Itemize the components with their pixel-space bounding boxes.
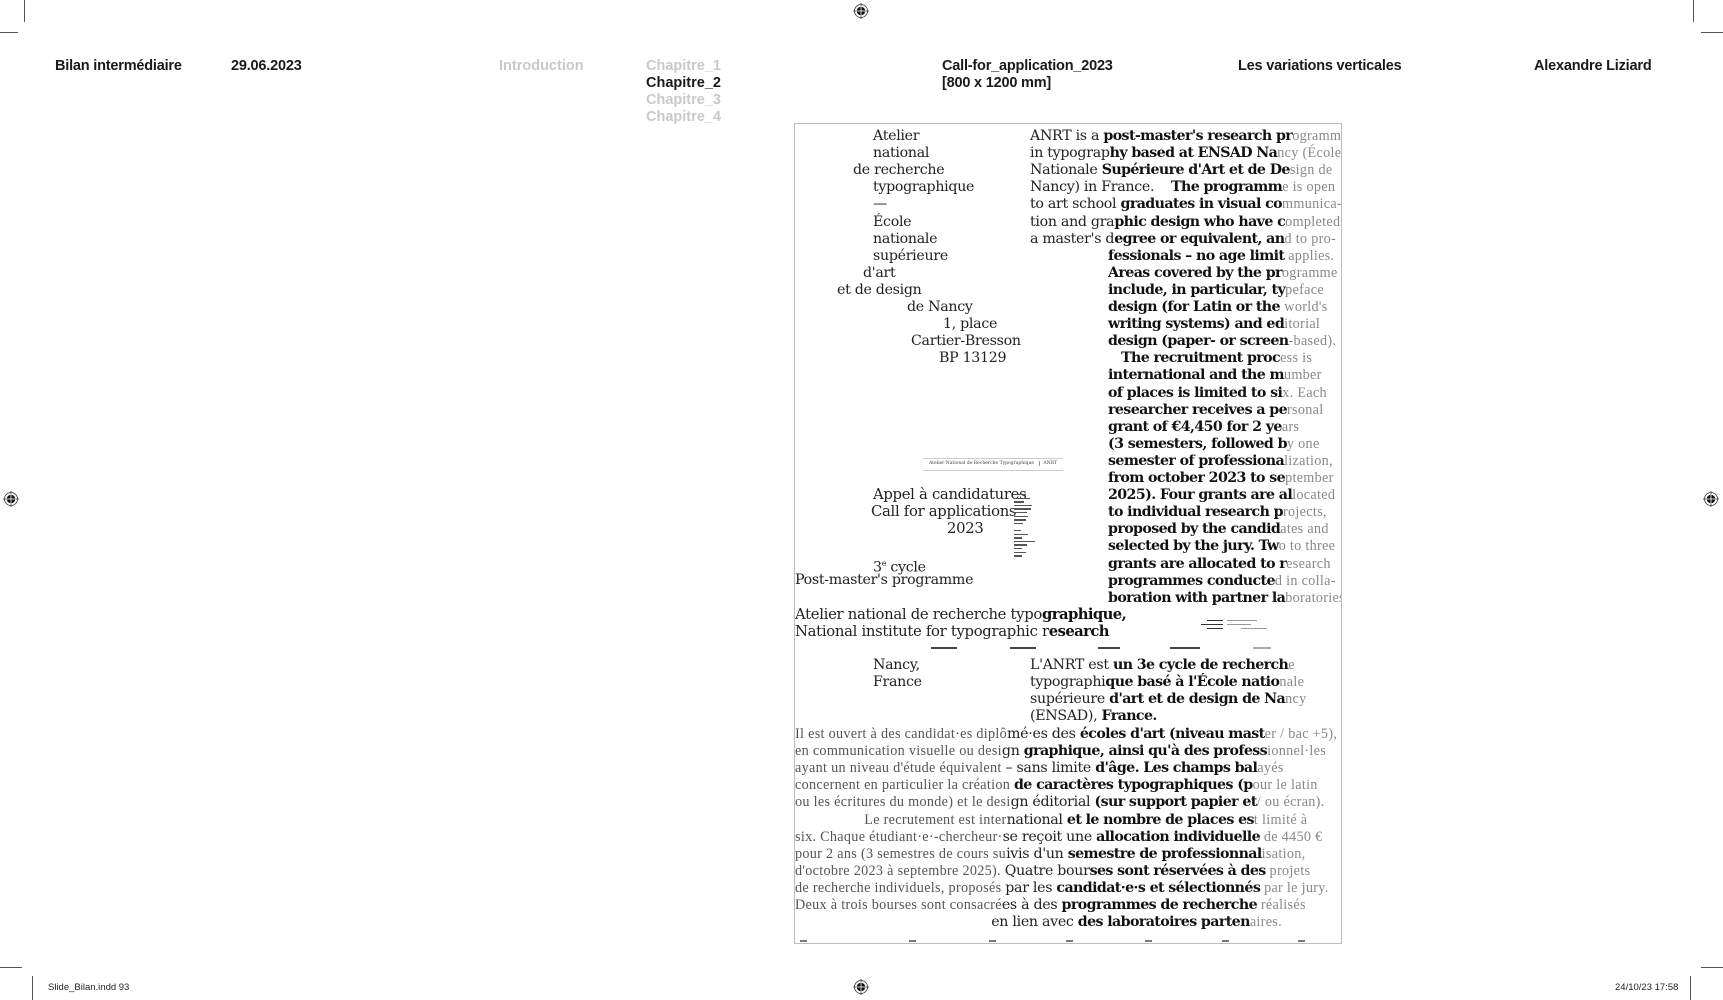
call-line: Appel à candidatures [873, 486, 1026, 503]
small-label-rule [923, 458, 1063, 459]
french-text-line: en lien avec des laboratoires partenaire… [795, 914, 1282, 931]
address-line: d'art [863, 265, 895, 282]
english-text-line: boration with partner laboratories. [1108, 590, 1342, 607]
nav-chapter-4[interactable]: Chapitre_4 [646, 109, 721, 126]
tiny-text-line [1014, 530, 1021, 531]
address-line: 1, place [943, 316, 997, 333]
french-text-line: ayant un niveau d'étude équivalent – san… [795, 760, 1284, 777]
section-title: Les variations verticales [1238, 58, 1401, 75]
french-intro-line: supérieure d'art et de design de Nancy [1030, 691, 1307, 708]
crop-mark-bottom-right-h [1701, 967, 1723, 968]
english-text-line: Areas covered by the programme [1108, 265, 1338, 282]
tiny-credit-line [1227, 624, 1251, 625]
french-text-line: ou les écritures du monde) et le design … [795, 794, 1325, 811]
crop-mark-bottom-left-v [32, 976, 33, 1000]
small-label-tag: ANRT [1039, 461, 1058, 466]
english-text-line: international and the mumber [1108, 367, 1322, 384]
address-line: nationale [873, 231, 937, 248]
small-label-text: Atelier National de Recherche Typographi… [929, 461, 1034, 466]
address-line: — [873, 196, 887, 213]
english-text-line: Nancy) in France. The programme is open [1030, 179, 1335, 196]
english-text-line: in typography based at ENSAD Nancy (Écol… [1030, 145, 1341, 162]
tiny-bottom-marker [1145, 940, 1152, 942]
tiny-text-line [1014, 494, 1026, 495]
english-text-line: to individual research projects, [1108, 504, 1327, 521]
tiny-text-line [1014, 498, 1030, 499]
tiny-text-line [1014, 552, 1026, 553]
small-label-rule-bottom [923, 470, 1063, 471]
crop-mark-bottom-left-h [0, 967, 22, 968]
english-text-line: of places is limited to six. Each [1108, 385, 1327, 402]
tiny-info-item [1170, 647, 1200, 649]
small-label: Atelier National de Recherche Typographi… [929, 461, 1057, 466]
english-text-line: to art school graduates in visual commun… [1030, 196, 1342, 213]
institute-line: National institute for typographic resea… [795, 623, 1109, 640]
tiny-info-item [1098, 647, 1120, 649]
english-text-line: grants are allocated to research [1108, 556, 1331, 573]
french-intro-line: typographique basé à l'École nationale [1030, 674, 1304, 691]
tiny-info-item [1253, 647, 1271, 649]
crop-mark-top-right-v [1693, 0, 1694, 22]
english-text-line: semester of professionalization, [1108, 453, 1333, 470]
english-text-line: 2025). Four grants are allocated [1108, 487, 1335, 504]
tiny-bottom-marker [989, 940, 996, 942]
english-text-line: fessionals – no age limit applies. [1108, 248, 1334, 265]
address-line: supérieure [873, 248, 948, 265]
tiny-text-line [1014, 548, 1022, 549]
crop-mark-top-left-v [24, 0, 25, 22]
chapter-nav: Chapitre_1 Chapitre_2 Chapitre_3 Chapitr… [646, 58, 721, 126]
english-text-line: tion and graphic design who have complet… [1030, 214, 1340, 231]
tiny-credit-line [1227, 620, 1257, 621]
french-text-line: Il est ouvert à des candidat·es diplômé·… [795, 726, 1337, 743]
english-text-line: design (for Latin or the world's [1108, 299, 1328, 316]
crop-mark-bottom-right-v [1690, 976, 1691, 1000]
nav-chapter-1[interactable]: Chapitre_1 [646, 58, 721, 75]
english-text-line: include, in particular, typeface [1108, 282, 1324, 299]
crop-mark-top-right-h [1701, 32, 1723, 33]
tiny-text-line [1014, 505, 1032, 506]
tiny-text-line [1014, 541, 1035, 542]
english-text-line: programmes conducted in colla- [1108, 573, 1336, 590]
address-line: de recherche [853, 162, 944, 179]
tiny-bottom-marker [909, 940, 916, 942]
crop-mark-top-left-h [0, 32, 18, 33]
location-line: France [873, 674, 922, 691]
address-line: BP 13129 [939, 350, 1006, 367]
call-line: 2023 [947, 520, 983, 537]
tiny-text-line [1014, 544, 1027, 545]
tiny-info-item [931, 647, 957, 649]
tiny-text-line [1014, 523, 1023, 524]
address-line: typographique [873, 179, 974, 196]
english-text-line: ANRT is a post-master's research program… [1030, 128, 1342, 145]
english-text-line: researcher receives a personal [1108, 402, 1324, 419]
tiny-text-line [1014, 516, 1028, 517]
address-line: national [873, 145, 929, 162]
english-text-line: The recruitment process is [1108, 350, 1312, 367]
nav-introduction-label: Introduction [499, 58, 584, 74]
project-date: 29.06.2023 [231, 58, 302, 75]
location-line: Nancy, [873, 657, 920, 674]
tiny-text-line [1014, 537, 1022, 538]
tiny-credit-line [1201, 624, 1223, 625]
tiny-text-line [1014, 501, 1024, 502]
nav-introduction[interactable]: Introduction [499, 58, 584, 75]
registration-mark-top-icon [853, 3, 869, 19]
tiny-credit-line [1207, 620, 1223, 621]
tiny-bottom-marker [1298, 940, 1305, 942]
tiny-text-line [1014, 555, 1022, 556]
registration-mark-left-icon [3, 491, 19, 507]
address-line: et de design [837, 282, 922, 299]
address-line: École [873, 214, 911, 231]
english-text-line: a master's degree or equivalent, and to … [1030, 231, 1336, 248]
english-text-line: design (paper- or screen-based). [1108, 333, 1336, 350]
tiny-credit-line [1241, 628, 1267, 629]
registration-mark-right-icon [1703, 491, 1719, 507]
tiny-text-line [1014, 534, 1028, 535]
french-intro-line: L'ANRT est un 3e cycle de recherche [1030, 657, 1295, 674]
french-text-line: pour 2 ans (3 semestres de cours suivis … [795, 846, 1305, 863]
file-info: Slide_Bilan.indd 93 [48, 982, 129, 993]
english-text-line: Nationale Supérieure d'Art et de Design … [1030, 162, 1333, 179]
english-text-line: selected by the jury. Two to three [1108, 538, 1335, 555]
french-text-line: d'octobre 2023 à septembre 2025). Quatre… [795, 863, 1310, 880]
tiny-bottom-marker [1066, 940, 1073, 942]
english-text-line: proposed by the candidates and [1108, 521, 1329, 538]
french-intro-line: (ENSAD), France. [1030, 708, 1157, 725]
french-text-line: en communication visuelle ou design grap… [795, 743, 1326, 760]
cycle-line: Post-master's programme [795, 572, 973, 589]
tiny-text-line [1014, 508, 1031, 509]
tiny-info-item [1010, 647, 1036, 649]
poster-preview: Ateliernationalde recherchetypographique… [794, 123, 1342, 944]
project-title: Bilan intermédiaire [55, 58, 182, 75]
french-text-line: de recherche individuels, proposés par l… [795, 880, 1329, 897]
work-title: Call-for_application_2023 [942, 58, 1113, 75]
french-text-line: Le recrutement est international et le n… [795, 812, 1307, 829]
nav-chapter-2[interactable]: Chapitre_2 [646, 75, 721, 92]
work-format: [800 x 1200 mm] [942, 75, 1051, 92]
tiny-bottom-marker [1222, 940, 1229, 942]
french-text-line: Deux à trois bourses sont consacrées à d… [795, 897, 1306, 914]
tiny-text-line [1014, 519, 1026, 520]
institute-line: Atelier national de recherche typographi… [795, 606, 1126, 623]
tiny-credit-line [1207, 628, 1223, 629]
call-line: Call for applications [871, 503, 1016, 520]
address-line: de Nancy [907, 299, 973, 316]
nav-chapter-3[interactable]: Chapitre_3 [646, 92, 721, 109]
french-text-line: six. Chaque étudiant·e·-chercheur·se reç… [795, 829, 1323, 846]
address-line: Cartier-Bresson [911, 333, 1021, 350]
english-text-line: grant of €4,450 for 2 years [1108, 419, 1299, 436]
english-text-line: (3 semesters, followed by one [1108, 436, 1320, 453]
english-text-line: from october 2023 to september [1108, 470, 1334, 487]
author-name: Alexandre Liziard [1534, 58, 1651, 75]
address-line: Atelier [873, 128, 919, 145]
french-text-line: concernent en particulier la création de… [795, 777, 1318, 794]
tiny-text-line [1014, 512, 1027, 513]
print-timestamp: 24/10/23 17:58 [1615, 982, 1678, 993]
english-text-line: writing systems) and editorial [1108, 316, 1320, 333]
registration-mark-bottom-icon [853, 979, 869, 995]
tiny-bottom-marker [800, 940, 807, 942]
